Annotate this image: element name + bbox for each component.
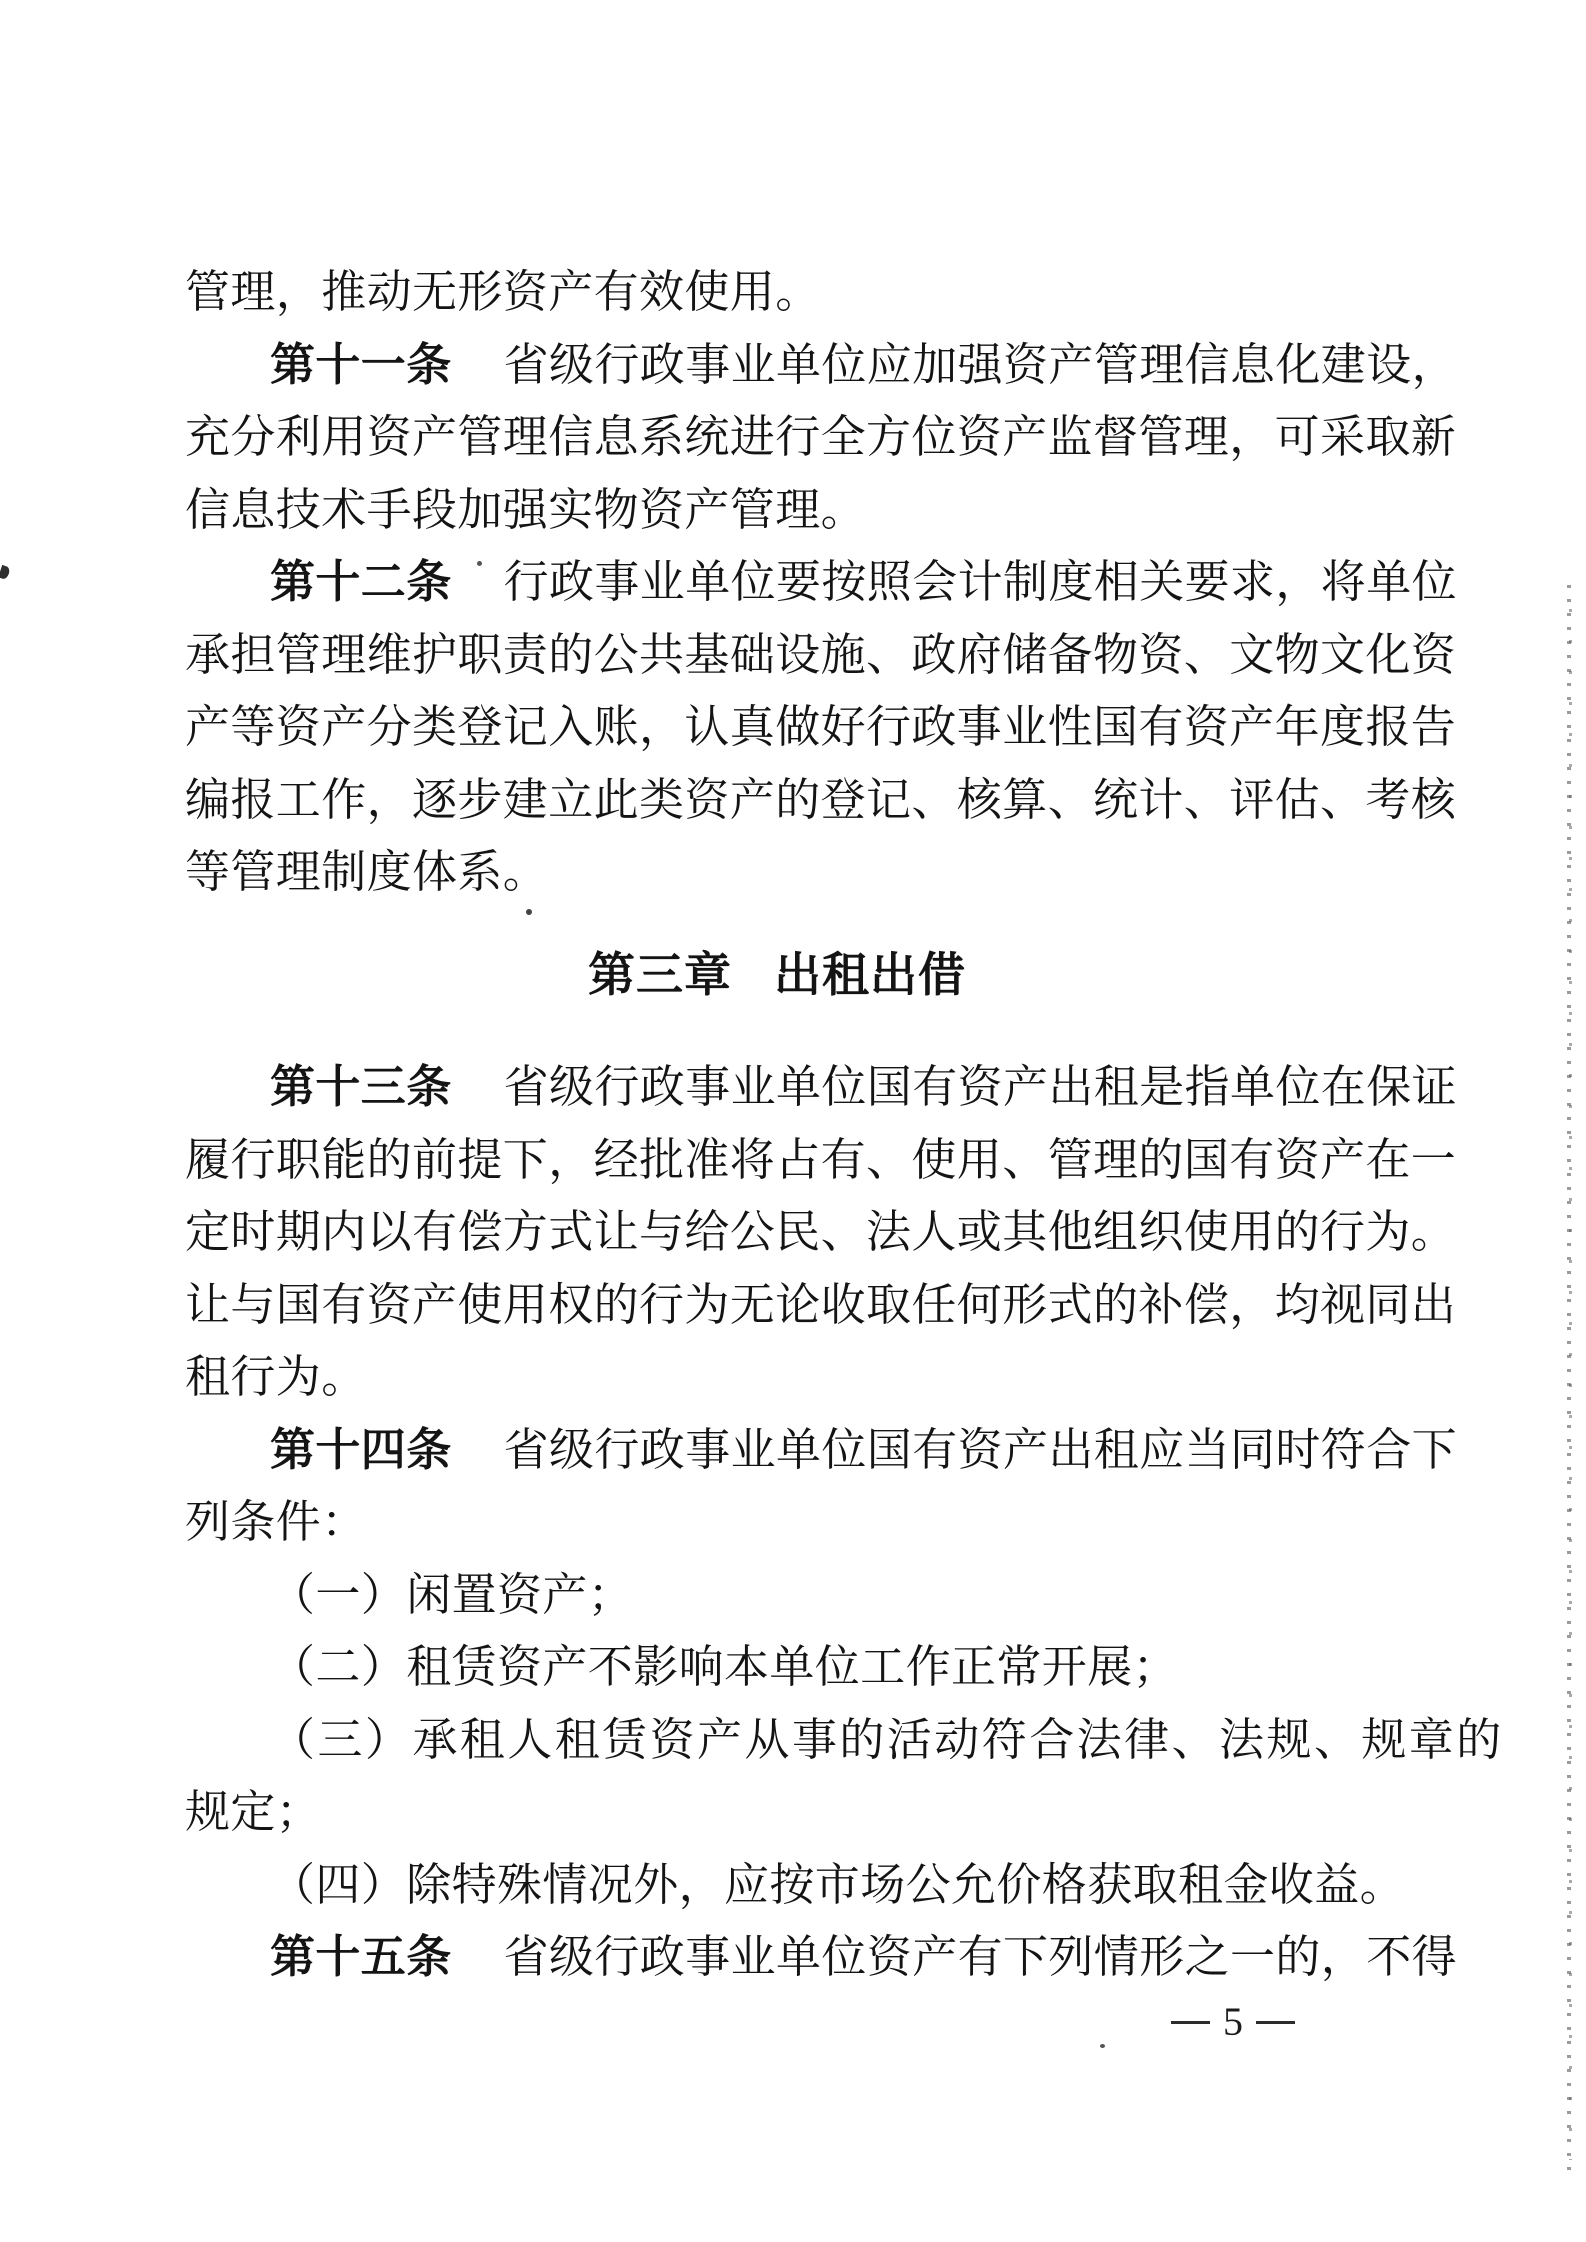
page-number: 5 [1158,1998,1308,2046]
line-text: 让与国有资产使用权的行为无论收取任何形式的补偿，均视同出 [185,1280,1456,1330]
line-text: （一）闲置资产； [270,1570,633,1620]
article-number: 第十二条 [270,557,452,607]
text-line: 租行为。 [185,1341,1457,1414]
text-line: 管理，推动无形资产有效使用。 [185,256,1457,329]
text-line: 履行职能的前提下，经批准将占有、使用、管理的国有资产在一 [185,1124,1457,1197]
text-line: 第十四条省级行政事业单位国有资产出租应当同时符合下 [185,1414,1457,1487]
line-text: 规定； [185,1787,321,1837]
line-text: 租行为。 [185,1352,367,1402]
text-line: 承担管理维护职责的公共基础设施、政府储备物资、文物文化资 [185,619,1457,692]
line-text: 编报工作，逐步建立此类资产的登记、核算、统计、评估、考核 [185,775,1456,825]
scan-artifact [1100,2044,1105,2048]
text-line: 列条件： [185,1486,1457,1559]
line-text: 省级行政事业单位资产有下列情形之一的，不得 [504,1932,1457,1982]
line-text: 履行职能的前提下，经批准将占有、使用、管理的国有资产在一 [185,1135,1456,1185]
page-number-dash [1171,2021,1210,2024]
list-item: （三）承租人租赁资产从事的活动符合法律、法规、规章的 [185,1704,1457,1777]
article-number: 第十五条 [270,1932,452,1982]
document-page: 管理，推动无形资产有效使用。 第十一条省级行政事业单位应加强资产管理信息化建设，… [0,0,1586,2242]
text-line: 第十一条省级行政事业单位应加强资产管理信息化建设， [185,329,1457,402]
document-body: 管理，推动无形资产有效使用。 第十一条省级行政事业单位应加强资产管理信息化建设，… [185,256,1457,1994]
line-text: 省级行政事业单位国有资产出租是指单位在保证 [504,1062,1457,1112]
line-text: （四）除特殊情况外，应按市场公允价格获取租金收益。 [270,1860,1405,1910]
page-number-value: 5 [1223,1998,1243,2046]
line-text: 行政事业单位要按照会计制度相关要求，将单位 [504,557,1457,607]
scan-artifact [477,561,482,566]
text-line: 让与国有资产使用权的行为无论收取任何形式的补偿，均视同出 [185,1269,1457,1342]
line-text: 列条件： [185,1497,367,1547]
article-number: 第十四条 [270,1425,452,1475]
line-text: 省级行政事业单位应加强资产管理信息化建设， [504,340,1457,390]
line-text: 管理，推动无形资产有效使用。 [185,267,821,317]
list-item: （二）租赁资产不影响本单位工作正常开展； [185,1631,1457,1704]
scan-artifact [526,909,532,915]
list-item: （四）除特殊情况外，应按市场公允价格获取租金收益。 [185,1849,1457,1922]
chapter-title: 出租出借 [774,950,966,1002]
line-text: 定时期内以有偿方式让与给公民、法人或其他组织使用的行为。 [185,1207,1456,1257]
scan-artifact [0,565,11,580]
text-line: 充分利用资产管理信息系统进行全方位资产监督管理，可采取新 [185,401,1457,474]
line-text: （二）租赁资产不影响本单位工作正常开展； [270,1642,1178,1692]
text-line: 定时期内以有偿方式让与给公民、法人或其他组织使用的行为。 [185,1196,1457,1269]
line-text: 承担管理维护职责的公共基础设施、政府储备物资、文物文化资 [185,630,1456,680]
line-text: 省级行政事业单位国有资产出租应当同时符合下 [504,1425,1457,1475]
chapter-heading: 第三章出租出借 [185,940,1457,1013]
text-line: 第十五条省级行政事业单位资产有下列情形之一的，不得 [185,1921,1457,1994]
text-line: 编报工作，逐步建立此类资产的登记、核算、统计、评估、考核 [185,764,1457,837]
article-number: 第十三条 [270,1062,452,1112]
text-line: 产等资产分类登记入账，认真做好行政事业性国有资产年度报告 [185,691,1457,764]
list-item: （一）闲置资产； [185,1559,1457,1632]
text-line: 第十二条行政事业单位要按照会计制度相关要求，将单位 [185,546,1457,619]
line-text: 充分利用资产管理信息系统进行全方位资产监督管理，可采取新 [185,412,1456,462]
chapter-number: 第三章 [588,950,732,1002]
scan-edge-artifact [1569,600,1572,2160]
page-number-dash [1256,2021,1295,2024]
article-number: 第十一条 [270,340,452,390]
line-text: 等管理制度体系。 [185,847,548,897]
text-line: 等管理制度体系。 [185,836,1457,909]
line-text: （三）承租人租赁资产从事的活动符合法律、法规、规章的 [270,1715,1504,1765]
text-line: 第十三条省级行政事业单位国有资产出租是指单位在保证 [185,1051,1457,1124]
text-line: 规定； [185,1776,1457,1849]
line-text: 产等资产分类登记入账，认真做好行政事业性国有资产年度报告 [185,702,1456,752]
text-line: 信息技术手段加强实物资产管理。 [185,474,1457,547]
line-text: 信息技术手段加强实物资产管理。 [185,485,866,535]
